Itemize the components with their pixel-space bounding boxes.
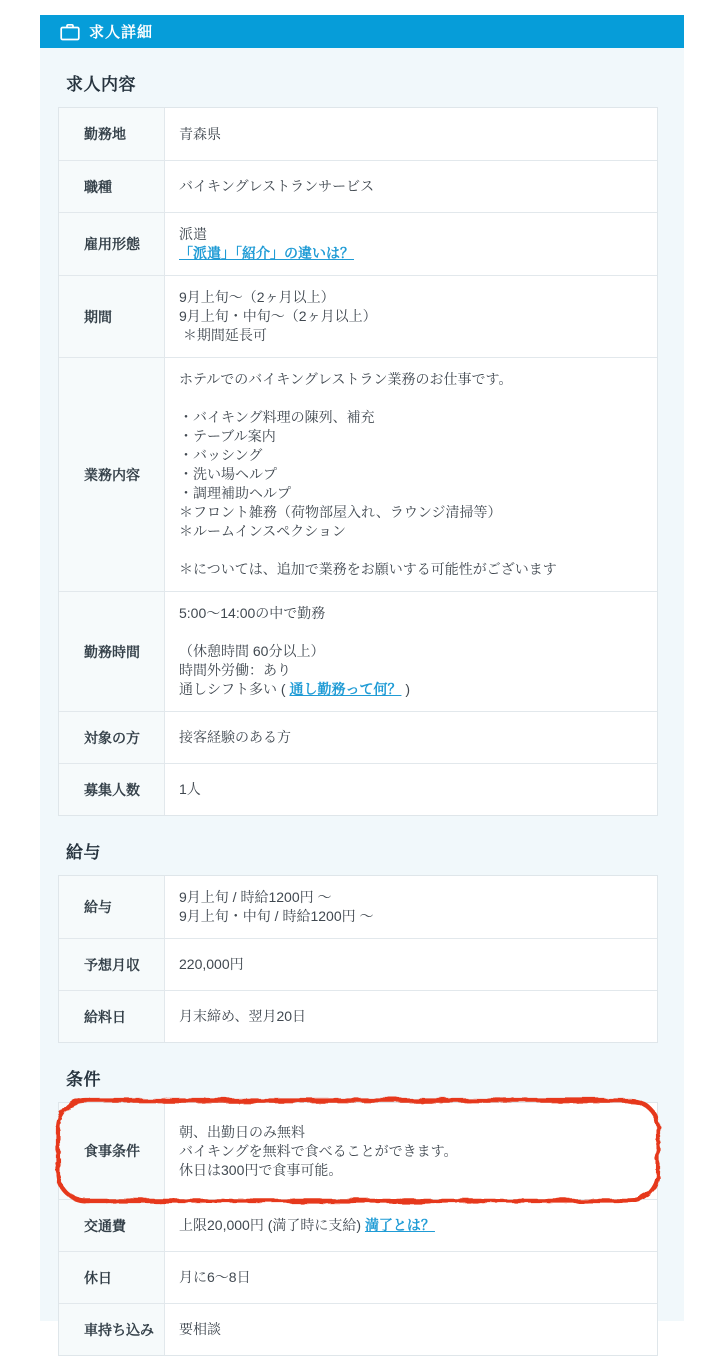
value-line: 時間外労働：あり <box>179 661 641 680</box>
value-line: （休憩時間 60分以上） <box>179 642 641 661</box>
value-text: ＊フロント雑務（荷物部屋入れ、ラウンジ清掃等） <box>179 504 502 520</box>
table-row: 給料日月末締め、翌月20日 <box>59 990 657 1042</box>
value-line: バイキングレストランサービス <box>179 177 641 196</box>
value-line <box>179 541 641 560</box>
value-line: 「派遣」「紹介」の違いは？ <box>179 244 641 263</box>
value-line: ・調理補助ヘルプ <box>179 484 641 503</box>
value-line: ＊フロント雑務（荷物部屋入れ、ラウンジ清掃等） <box>179 503 641 522</box>
value-line: 220,000円 <box>179 955 641 974</box>
job-table: 勤務地青森県職種バイキングレストランサービス雇用形態派遣「派遣」「紹介」の違いは… <box>58 107 658 816</box>
row-label: 業務内容 <box>59 358 165 591</box>
row-value: 5:00〜14:00の中で勤務（休憩時間 60分以上）時間外労働：あり通しシフト… <box>165 592 657 711</box>
row-label: 勤務地 <box>59 108 165 160</box>
row-label: 雇用形態 <box>59 213 165 275</box>
value-line: 9月上旬〜（2ヶ月以上） <box>179 288 641 307</box>
value-text: ＊については、追加で業務をお願いする可能性がございます <box>179 561 557 577</box>
row-value: 9月上旬〜（2ヶ月以上）9月上旬・中旬〜（2ヶ月以上） ＊期間延長可 <box>165 276 657 357</box>
value-text: 5:00〜14:00の中で勤務 <box>179 605 325 621</box>
value-text: ・バッシング <box>179 447 262 463</box>
row-value: 要相談 <box>165 1304 657 1321</box>
value-text: 青森県 <box>179 126 221 142</box>
value-text: バイキングを無料で食べることができます。 <box>179 1143 457 1159</box>
value-line: 通しシフト多い ( 通し勤務って何？ ) <box>179 680 641 699</box>
row-label: 休日 <box>59 1252 165 1303</box>
value-line: ・テーブル案内 <box>179 427 641 446</box>
row-value: 上限20,000円 (満了時に支給) 満了とは？ <box>165 1200 657 1251</box>
row-label: 車持ち込み <box>59 1304 165 1321</box>
table-row: 業務内容ホテルでのバイキングレストラン業務のお仕事です。・バイキング料理の陳列、… <box>59 357 657 591</box>
value-text: ) <box>401 681 410 697</box>
section-job-content: 求人内容 勤務地青森県職種バイキングレストランサービス雇用形態派遣「派遣」「紹介… <box>40 70 684 816</box>
row-label: 期間 <box>59 276 165 357</box>
value-line: ＊については、追加で業務をお願いする可能性がございます <box>179 560 641 579</box>
value-text: 月に6〜8日 <box>179 1269 251 1285</box>
value-text: 接客経験のある方 <box>179 729 291 745</box>
job-detail-page: 求人詳細 求人内容 勤務地青森県職種バイキングレストランサービス雇用形態派遣「派… <box>40 15 684 1321</box>
value-line: 接客経験のある方 <box>179 728 641 747</box>
briefcase-icon <box>60 23 80 41</box>
table-row: 雇用形態派遣「派遣」「紹介」の違いは？ <box>59 212 657 275</box>
value-line: 上限20,000円 (満了時に支給) 満了とは？ <box>179 1216 641 1235</box>
value-text: 通しシフト多い ( <box>179 681 289 697</box>
value-line: 9月上旬・中旬〜（2ヶ月以上） <box>179 307 641 326</box>
value-text: 月末締め、翌月20日 <box>179 1008 306 1024</box>
value-line: 9月上旬・中旬 / 時給1200円 〜 <box>179 907 641 926</box>
row-label: 募集人数 <box>59 764 165 815</box>
table-row: 交通費上限20,000円 (満了時に支給) 満了とは？ <box>59 1199 657 1251</box>
value-text: 派遣 <box>179 226 207 242</box>
section-salary: 給与 給与9月上旬 / 時給1200円 〜9月上旬・中旬 / 時給1200円 〜… <box>40 838 684 1043</box>
table-row: 車持ち込み要相談 <box>59 1303 657 1321</box>
value-text: ・洗い場ヘルプ <box>179 466 277 482</box>
value-text: ＊ルームインスペクション <box>179 523 346 539</box>
row-value: 220,000円 <box>165 939 657 990</box>
section-heading: 給与 <box>66 838 658 863</box>
row-value: ホテルでのバイキングレストラン業務のお仕事です。・バイキング料理の陳列、補充・テ… <box>165 358 657 591</box>
value-line: 派遣 <box>179 225 641 244</box>
value-text: 9月上旬〜（2ヶ月以上） <box>179 289 335 305</box>
table-row: 食事条件朝、出勤日のみ無料バイキングを無料で食べることができます。休日は300円… <box>59 1103 657 1199</box>
row-value: 接客経験のある方 <box>165 712 657 763</box>
value-line: 月末締め、翌月20日 <box>179 1007 641 1026</box>
value-line <box>179 389 641 408</box>
row-value: 派遣「派遣」「紹介」の違いは？ <box>165 213 657 275</box>
value-line: 9月上旬 / 時給1200円 〜 <box>179 888 641 907</box>
value-line: ＊期間延長可 <box>179 326 641 345</box>
value-text: 朝、出勤日のみ無料 <box>179 1124 305 1140</box>
value-line: 5:00〜14:00の中で勤務 <box>179 604 641 623</box>
row-label: 交通費 <box>59 1200 165 1251</box>
value-text: （休憩時間 60分以上） <box>179 643 324 659</box>
value-text: ホテルでのバイキングレストラン業務のお仕事です。 <box>179 371 512 387</box>
salary-table: 給与9月上旬 / 時給1200円 〜9月上旬・中旬 / 時給1200円 〜予想月… <box>58 875 658 1043</box>
value-text: 1人 <box>179 781 201 797</box>
row-label: 勤務時間 <box>59 592 165 711</box>
row-label: 給与 <box>59 876 165 938</box>
row-value: 9月上旬 / 時給1200円 〜9月上旬・中旬 / 時給1200円 〜 <box>165 876 657 938</box>
help-link[interactable]: 「派遣」「紹介」の違いは？ <box>179 245 354 261</box>
row-value: 1人 <box>165 764 657 815</box>
table-row: 期間9月上旬〜（2ヶ月以上）9月上旬・中旬〜（2ヶ月以上） ＊期間延長可 <box>59 275 657 357</box>
value-line: ホテルでのバイキングレストラン業務のお仕事です。 <box>179 370 641 389</box>
value-text: ・調理補助ヘルプ <box>179 485 291 501</box>
value-text: 休日は300円で食事可能。 <box>179 1162 342 1178</box>
value-line: ・洗い場ヘルプ <box>179 465 641 484</box>
page-title: 求人詳細 <box>89 21 153 42</box>
row-value: 青森県 <box>165 108 657 160</box>
value-text: 上限20,000円 (満了時に支給) <box>179 1217 365 1233</box>
table-row: 職種バイキングレストランサービス <box>59 160 657 212</box>
value-text: ・バイキング料理の陳列、補充 <box>179 409 375 425</box>
section-heading: 条件 <box>66 1065 658 1090</box>
table-row: 休日月に6〜8日 <box>59 1251 657 1303</box>
table-row: 勤務時間5:00〜14:00の中で勤務（休憩時間 60分以上）時間外労働：あり通… <box>59 591 657 711</box>
table-row: 予想月収220,000円 <box>59 938 657 990</box>
value-text: 220,000円 <box>179 956 244 972</box>
value-text: ＊期間延長可 <box>179 327 267 343</box>
row-label: 対象の方 <box>59 712 165 763</box>
value-text: 9月上旬・中旬 / 時給1200円 〜 <box>179 908 374 924</box>
row-value: バイキングレストランサービス <box>165 161 657 212</box>
value-line: 1人 <box>179 780 641 799</box>
table-row: 給与9月上旬 / 時給1200円 〜9月上旬・中旬 / 時給1200円 〜 <box>59 876 657 938</box>
value-line <box>179 623 641 642</box>
row-value: 朝、出勤日のみ無料バイキングを無料で食べることができます。休日は300円で食事可… <box>165 1103 657 1199</box>
page-title-bar: 求人詳細 <box>40 15 684 48</box>
section-heading: 求人内容 <box>66 70 658 95</box>
table-row: 勤務地青森県 <box>59 108 657 160</box>
row-value: 月末締め、翌月20日 <box>165 991 657 1042</box>
help-link[interactable]: 通し勤務って何？ <box>289 681 401 697</box>
table-row: 募集人数1人 <box>59 763 657 815</box>
value-line: 休日は300円で食事可能。 <box>179 1161 641 1180</box>
value-line: バイキングを無料で食べることができます。 <box>179 1142 641 1161</box>
value-line: ・バッシング <box>179 446 641 465</box>
section-conditions: 条件 食事条件朝、出勤日のみ無料バイキングを無料で食べることができます。休日は3… <box>40 1065 684 1321</box>
value-text: ・テーブル案内 <box>179 428 276 444</box>
row-label: 予想月収 <box>59 939 165 990</box>
row-label: 給料日 <box>59 991 165 1042</box>
row-value: 月に6〜8日 <box>165 1252 657 1303</box>
value-text: 時間外労働：あり <box>179 662 291 678</box>
value-text: バイキングレストランサービス <box>179 178 374 194</box>
conditions-table: 食事条件朝、出勤日のみ無料バイキングを無料で食べることができます。休日は300円… <box>58 1102 658 1321</box>
value-text: 9月上旬 / 時給1200円 〜 <box>179 889 332 905</box>
value-line: 朝、出勤日のみ無料 <box>179 1123 641 1142</box>
value-line: 青森県 <box>179 125 641 144</box>
row-label: 職種 <box>59 161 165 212</box>
table-row: 対象の方接客経験のある方 <box>59 711 657 763</box>
row-label: 食事条件 <box>59 1103 165 1199</box>
value-line: 月に6〜8日 <box>179 1268 641 1287</box>
help-link[interactable]: 満了とは？ <box>365 1217 435 1233</box>
value-line: ＊ルームインスペクション <box>179 522 641 541</box>
value-text: 9月上旬・中旬〜（2ヶ月以上） <box>179 308 377 324</box>
value-line: ・バイキング料理の陳列、補充 <box>179 408 641 427</box>
